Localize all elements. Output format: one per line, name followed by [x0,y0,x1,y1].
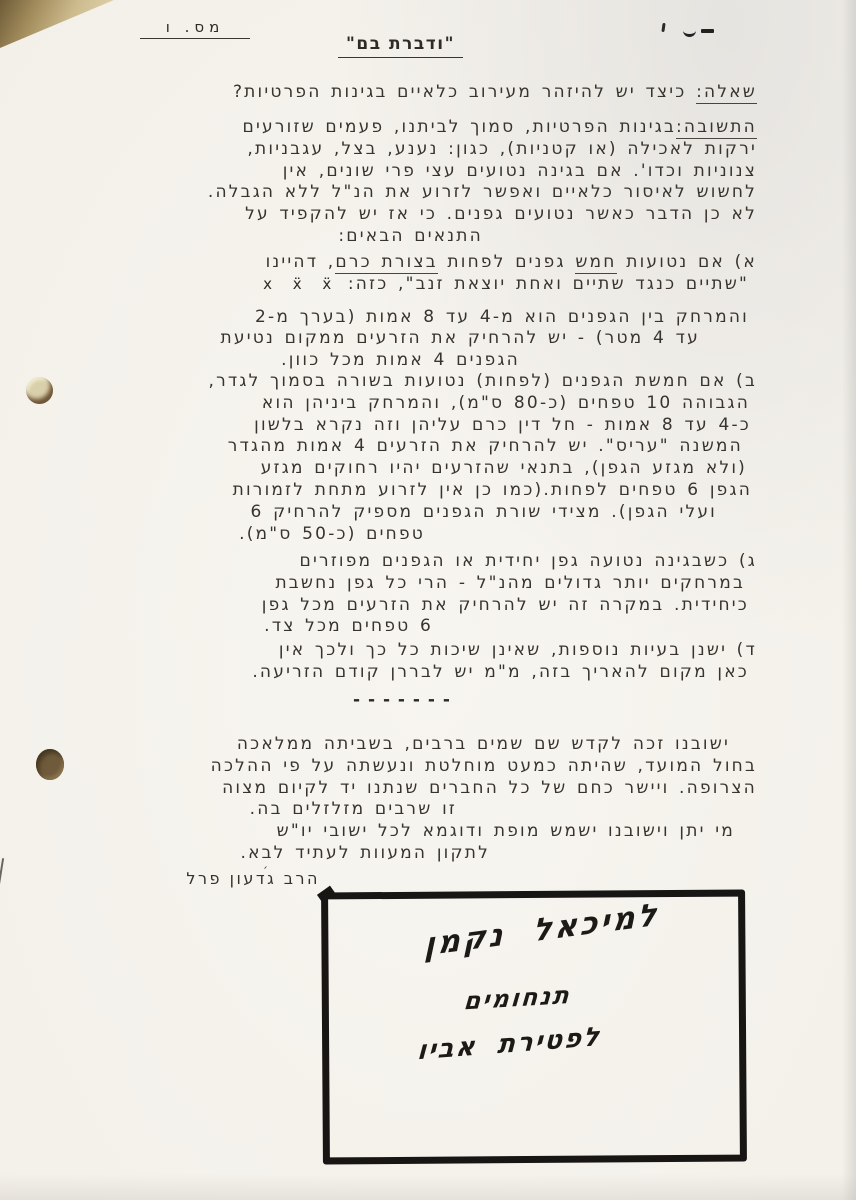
signature: הרב גדעון פרל [100,869,320,888]
item-line: כ-4 עד 8 אמות - חל דין כרם עליהן וזה נקר… [95,415,751,437]
item-text: "שתיים כנגד שתיים ואחת יוצאת זנב", כזה: [348,274,749,294]
right-edge-shading [842,0,856,1200]
answer-line: התנאים הבאים: [95,226,483,248]
item-line: המשנה "עריס". יש להרחיק את הזרעים 4 אמות… [95,436,743,458]
ink-mark-dash [701,29,714,33]
item-line: (ולא מגזע הגפן), בתנאי שהזרעים יהיו רחוק… [95,458,747,480]
answer-line: לא כן הדבר כאשר נטועים גפנים. כי אז יש ל… [95,204,757,226]
item-line: א) אם נטועות חמש גפנים לפחות בצורת כרם, … [95,252,757,274]
hole-punch-bottom [36,749,64,780]
answer-line: צנוניות וכדו'. אם בגינה נטועים עצי פרי ש… [95,161,757,183]
item-text: א) אם נטועות [617,252,757,272]
item-line: ג) כשבגינה נטועה גפן יחידית או הגפנים מפ… [95,551,757,573]
item-line: ועלי הגפן). מצידי שורת הגפנים מספיק להרח… [95,502,717,524]
list-item-gimel: ג) כשבגינה נטועה גפן יחידית או הגפנים מפ… [95,551,757,638]
vine-diagram-marks: x ẍ ẍ [261,275,338,293]
closing-line: ישובנו זכה לקדש שם שמים ברבים, בשביתה ממ… [95,734,730,756]
closing-line: מי יתן וישובנו ישמש מופת ודוגמא לכל ישוב… [95,821,735,843]
answer-line: לחשוש לאיסור כלאיים ואפשר לזרוע את הנ"ל … [95,182,757,204]
item-text: גפנים לפחות [438,252,576,272]
item-text-underlined: בצורת כרם [335,252,437,274]
closing-paragraph: ישובנו זכה לקדש שם שמים ברבים, בשביתה ממ… [95,734,757,865]
item-line: "שתיים כנגד שתיים ואחת יוצאת זנב", כזה: … [95,274,749,296]
question-paragraph: שאלה: כיצד יש להיזהר מעירוב כלאיים בגינו… [95,82,757,104]
handwritten-line-condolences: תנחומים [462,981,572,1016]
question-label: שאלה: [696,82,757,104]
item-line: טפחים (כ-50 ס"מ). [95,524,425,546]
list-item-dalet: ד) ישנן בעיות נוספות, שאינן שיכות כל כך … [95,640,757,684]
item-line: כיחידית. במקרה זה יש להרחיק את הזרעים מכ… [95,595,749,617]
handwritten-note-box: למיכאל נקמן תנחומים לפטירת אביו [321,890,747,1165]
item-text: , דהיינו [266,252,336,272]
item-line: במרחקים יותר גדולים מהנ"ל - הרי כל גפן נ… [95,573,745,595]
line-gap [95,296,757,307]
item-line: הגפנים 4 אמות מכל כוון. [95,350,520,372]
list-item-alef: א) אם נטועות חמש גפנים לפחות בצורת כרם, … [95,252,757,372]
item-line: ב) אם חמשת הגפנים (לפחות) נטועות בשורה ב… [95,371,757,393]
answer-paragraph: התשובה:בגינות הפרטיות, סמוך לביתנו, פעמי… [95,117,757,248]
handwritten-line-recipient: למיכאל נקמן [424,896,660,963]
item-text-underlined: חמש [575,252,616,274]
item-line: כאן מקום להאריך בזה, מ"מ יש לבררן קודם ה… [95,662,749,684]
closing-line: הצרופה. ויישר כחם של כל החברים שנתנו יד … [95,778,757,800]
question-text: כיצד יש להיזהר מעירוב כלאיים בגינות הפרט… [233,82,696,102]
closing-line: בחול המועד, שהיתה כמעט מוחלטת ונעשתה על … [95,756,757,778]
answer-line: ירקות לאכילה (או קטניות), כגון: נענע, בצ… [95,139,757,161]
page-number: מס. ו [140,18,250,39]
closing-line: זו שרבים מזלזלים בה. [95,799,457,821]
item-line: והמרחק בין הגפנים הוא מ-4 עד 8 אמות (בער… [95,307,749,329]
document-page: מס. ו "ודברת בם" שאלה: כיצד יש להיזהר מע… [0,0,856,1200]
handwritten-line-occasion: לפטירת אביו [416,1022,602,1066]
ink-mark-arc [683,25,696,37]
item-line: הגפן 6 טפחים לפחות.(כמו כן אין לזרוע מתח… [95,480,752,502]
hole-punch-top [26,377,53,404]
left-edge-scratch [0,858,4,898]
page-corner-fold [0,0,114,48]
ink-mark-dot [661,23,665,32]
item-line: ד) ישנן בעיות נוספות, שאינן שיכות כל כך … [95,640,757,662]
answer-intro: בגינות הפרטיות, סמוך לביתנו, פעמים שזורע… [243,117,676,137]
answer-label: התשובה: [676,117,757,139]
question-line: שאלה: כיצד יש להיזהר מעירוב כלאיים בגינו… [95,82,757,104]
list-item-bet: ב) אם חמשת הגפנים (לפחות) נטועות בשורה ב… [95,371,757,545]
item-line: 6 טפחים מכל צד. [95,616,433,638]
bottom-edge-shading [0,1174,856,1200]
item-line: עד 4 מטר) - יש להרחיק את הזרעים ממקום נט… [95,328,700,350]
item-line: הגבוהה 10 טפחים (כ-80 ס"מ), והמרחק ביניה… [95,393,750,415]
closing-line: לתקון המעוות לעתיד לבא. [95,843,490,865]
document-title: "ודברת בם" [338,34,463,58]
dashed-separator: - - - - - - - [353,690,553,710]
answer-line: התשובה:בגינות הפרטיות, סמוך לביתנו, פעמי… [95,117,757,139]
